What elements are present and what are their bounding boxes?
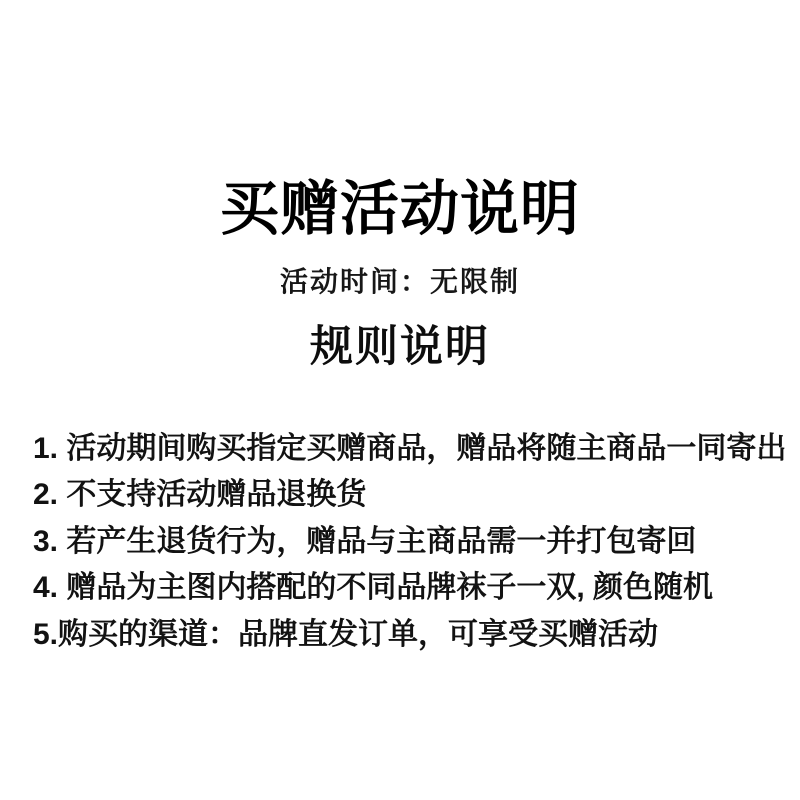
rule-item-2: 2. 不支持活动赠品退换货: [33, 472, 790, 519]
activity-time-label: 活动时间：无限制: [0, 265, 800, 299]
rules-heading: 规则说明: [0, 326, 800, 369]
promo-notice-page: 买赠活动说明 活动时间：无限制 规则说明 1. 活动期间购买指定买赠商品，赠品将…: [0, 0, 800, 800]
page-title: 买赠活动说明: [0, 0, 800, 239]
rule-item-5: 5.购买的渠道：品牌直发订单，可享受买赠活动: [33, 612, 790, 659]
rule-item-3: 3. 若产生退货行为，赠品与主商品需一并打包寄回: [33, 519, 790, 566]
rule-item-4: 4. 赠品为主图内搭配的不同品牌袜子一双, 颜色随机: [33, 565, 790, 612]
rules-list: 1. 活动期间购买指定买赠商品，赠品将随主商品一同寄出 2. 不支持活动赠品退换…: [0, 426, 800, 659]
rule-item-1: 1. 活动期间购买指定买赠商品，赠品将随主商品一同寄出: [33, 426, 790, 473]
